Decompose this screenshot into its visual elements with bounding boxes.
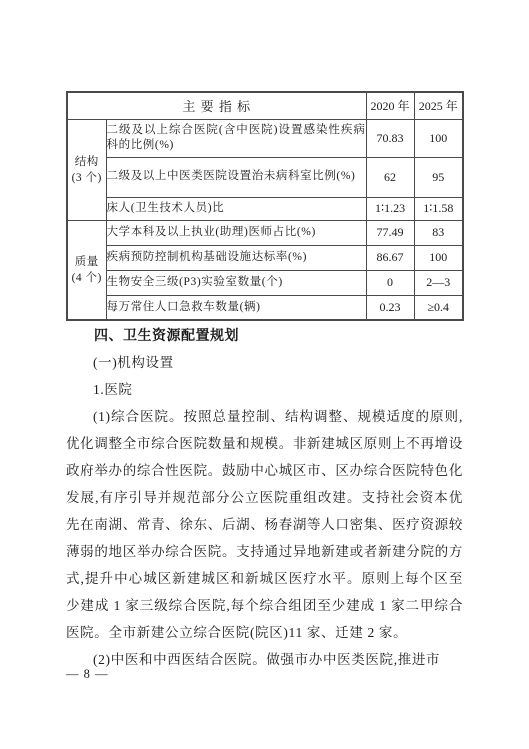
value-2020-cell: 0 <box>366 270 414 295</box>
item-heading: 1.医院 <box>66 376 463 403</box>
indicator-cell: 二级及以上综合医院(含中医院)设置感染性疾病科的比例(%) <box>106 119 366 157</box>
value-2020-cell: 86.67 <box>366 245 414 270</box>
indicator-cell: 大学本科及以上执业(助理)医师占比(%) <box>106 220 366 245</box>
group-label-text: 结构 <box>75 156 99 168</box>
group-label-quality: 质量 (4 个) <box>67 220 106 320</box>
document-page: 主 要 指 标 2020 年 2025 年 结构 (3 个) 二级及以上综合医院… <box>0 0 529 749</box>
group-count-text: (3 个) <box>72 172 102 184</box>
value-2020-cell: 0.23 <box>366 295 414 320</box>
value-2025-cell: 1∶1.58 <box>414 197 463 220</box>
value-2025-cell: 100 <box>414 245 463 270</box>
sub-heading: (一)机构设置 <box>66 349 463 376</box>
indicator-cell: 每万常住人口急救车数量(辆) <box>106 295 366 320</box>
value-2025-cell: 83 <box>414 220 463 245</box>
indicator-cell: 疾病预防控制机构基础设施达标率(%) <box>106 245 366 270</box>
group-label-text: 质量 <box>75 256 99 268</box>
table-row: 二级及以上中医类医院设置治未病科室比例(%) 62 95 <box>67 157 463 197</box>
table-row: 结构 (3 个) 二级及以上综合医院(含中医院)设置感染性疾病科的比例(%) 7… <box>67 119 463 157</box>
body-text: 四、卫生资源配置规划 (一)机构设置 1.医院 (1)综合医院。按照总量控制、结… <box>66 322 463 673</box>
header-main-indicators: 主 要 指 标 <box>67 92 366 119</box>
value-2020-cell: 62 <box>366 157 414 197</box>
table-row: 生物安全三级(P3)实验室数量(个) 0 2—3 <box>67 270 463 295</box>
paragraph: (1)综合医院。按照总量控制、结构调整、规模适度的原则,优化调整全市综合医院数量… <box>66 403 463 646</box>
table-row: 每万常住人口急救车数量(辆) 0.23 ≥0.4 <box>67 295 463 320</box>
group-count-text: (4 个) <box>72 272 102 284</box>
value-2020-cell: 70.83 <box>366 119 414 157</box>
indicator-cell: 生物安全三级(P3)实验室数量(个) <box>106 270 366 295</box>
value-2020-cell: 1∶1.23 <box>366 197 414 220</box>
value-2025-cell: 95 <box>414 157 463 197</box>
indicator-cell: 床人(卫生技术人员)比 <box>106 197 366 220</box>
table-header-row: 主 要 指 标 2020 年 2025 年 <box>67 92 463 119</box>
header-year-2025: 2025 年 <box>414 92 463 119</box>
table-row: 质量 (4 个) 大学本科及以上执业(助理)医师占比(%) 77.49 83 <box>67 220 463 245</box>
table-row: 疾病预防控制机构基础设施达标率(%) 86.67 100 <box>67 245 463 270</box>
indicator-cell: 二级及以上中医类医院设置治未病科室比例(%) <box>106 157 366 197</box>
indicators-table: 主 要 指 标 2020 年 2025 年 结构 (3 个) 二级及以上综合医院… <box>66 91 464 321</box>
header-year-2020: 2020 年 <box>366 92 414 119</box>
value-2020-cell: 77.49 <box>366 220 414 245</box>
value-2025-cell: 100 <box>414 119 463 157</box>
section-heading: 四、卫生资源配置规划 <box>66 322 463 349</box>
table-row: 床人(卫生技术人员)比 1∶1.23 1∶1.58 <box>67 197 463 220</box>
page-number: — 8 — <box>66 665 109 683</box>
paragraph: (2)中医和中西医结合医院。做强市办中医类医院,推进市 <box>66 646 463 673</box>
value-2025-cell: ≥0.4 <box>414 295 463 320</box>
group-label-structure: 结构 (3 个) <box>67 119 106 220</box>
value-2025-cell: 2—3 <box>414 270 463 295</box>
indicators-table-wrap: 主 要 指 标 2020 年 2025 年 结构 (3 个) 二级及以上综合医院… <box>66 91 462 321</box>
